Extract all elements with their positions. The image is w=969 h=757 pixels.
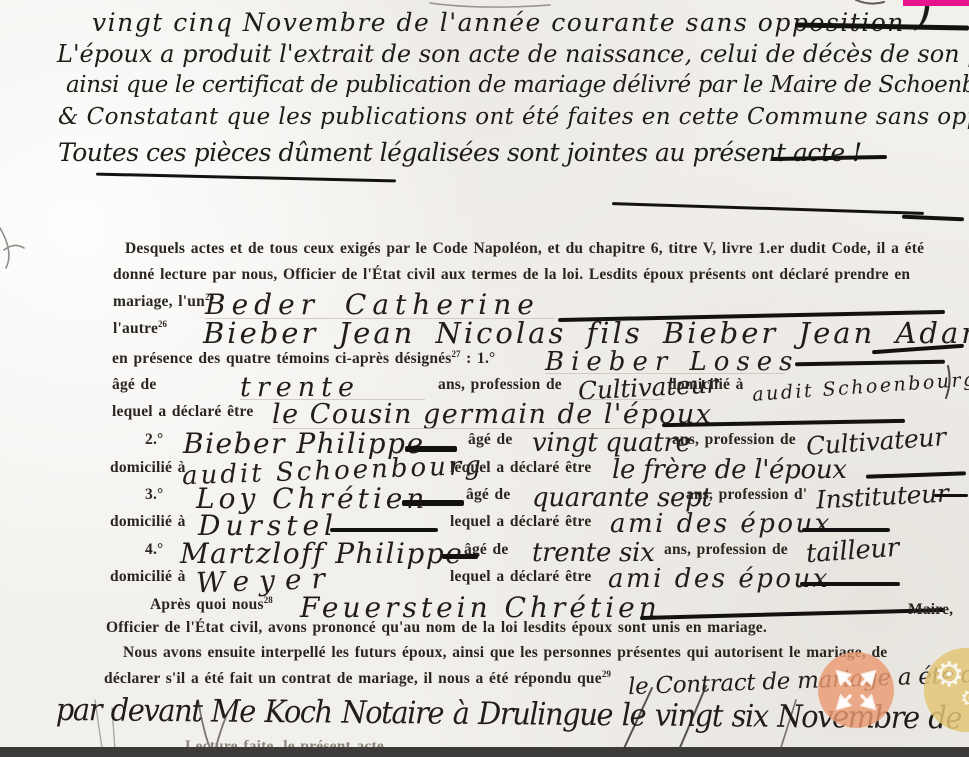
printed-text: Nous avons ensuite interpellé les futurs… xyxy=(123,644,887,662)
handwritten-spouse2-name: Bieber Jean Nicolas fils Bieber Jean Ada… xyxy=(203,316,969,350)
expand-button[interactable] xyxy=(818,652,894,728)
printed-text: lequel a déclaré être xyxy=(450,459,591,477)
printed-text: domicilié à xyxy=(110,513,186,531)
printed-text: donné lecture par nous, Officier de l'Ét… xyxy=(113,266,910,284)
handwritten-line-2: L'époux a produit l'extrait de son acte … xyxy=(57,40,969,68)
document-scan-viewer: { "viewer": { "top_marker_color": "#e614… xyxy=(0,0,969,757)
printed-text: Officier de l'État civil, avons prononcé… xyxy=(106,619,767,637)
handwritten-witness2-age: vingt quatre xyxy=(532,428,691,458)
bottom-edge-bar xyxy=(0,747,969,757)
handwritten-witness3-profession: Instituteur xyxy=(815,479,949,515)
form-line-witness1-relation: lequel a déclaré être le Cousin germain … xyxy=(0,403,969,433)
printed-text: domicilié à xyxy=(668,376,744,394)
printed-text: Desquels actes et de tous ceux exigés pa… xyxy=(125,240,924,258)
handwritten-line-4: & Constatant que les publications ont ét… xyxy=(58,104,969,130)
printed-text: ans, profession d' xyxy=(686,486,807,504)
pink-corner-marker xyxy=(903,0,969,6)
printed-text: lequel a déclaré être xyxy=(450,568,591,586)
printed-text: ans, profession de xyxy=(438,376,562,394)
handwritten-witness4-relation: ami des époux xyxy=(608,564,830,594)
printed-text: âgé de xyxy=(466,486,510,504)
printed-text: âgé de xyxy=(112,376,156,394)
handwritten-line-1: vingt cinq Novembre de l'année courante … xyxy=(92,8,905,37)
printed-text: âgé de xyxy=(468,431,512,449)
printed-text: 3.° xyxy=(145,486,163,504)
ink-rule xyxy=(934,494,968,497)
printed-text: 2.° xyxy=(145,431,163,449)
printed-text: Après quoi nous28 xyxy=(150,595,273,614)
gear-icon-small: ⚙ xyxy=(960,688,969,711)
printed-text: déclarer s'il a été fait un contrat de m… xyxy=(104,669,611,688)
printed-text: ans, profession de xyxy=(664,541,788,559)
printed-text: 4.° xyxy=(145,541,163,559)
handwritten-witness3-relation: ami des époux xyxy=(610,509,832,539)
ink-rule xyxy=(800,582,900,586)
handwritten-witness1-relation: le Cousin germain de l'époux xyxy=(272,399,712,430)
ink-dash xyxy=(402,500,464,506)
handwritten-witness2-relation: le frère de l'époux xyxy=(612,455,847,485)
printed-text: mariage, l'un25 xyxy=(113,292,214,311)
handwritten-line-5: Toutes ces pièces dûment légalisées sont… xyxy=(58,138,862,167)
printed-text: lequel a déclaré être xyxy=(450,513,591,531)
printed-text: en présence des quatre témoins ci-après … xyxy=(112,349,495,368)
printed-text: l'autre26 xyxy=(113,319,167,338)
printed-maire-label: Maire, xyxy=(908,601,953,619)
printed-text: domicilié à xyxy=(110,459,186,477)
ink-rule xyxy=(330,528,438,532)
ink-dash xyxy=(442,554,478,559)
printed-text: domicilié à xyxy=(110,568,186,586)
form-line-spouse2: l'autre26 Bieber Jean Nicolas fils Biebe… xyxy=(0,319,969,349)
printed-text: ans, profession de xyxy=(672,431,796,449)
expand-arrows-icon xyxy=(834,668,878,712)
printed-text: lequel a déclaré être xyxy=(112,403,253,421)
handwritten-line-3: ainsi que le certificat de publication d… xyxy=(66,72,969,98)
ink-rule xyxy=(802,528,890,532)
